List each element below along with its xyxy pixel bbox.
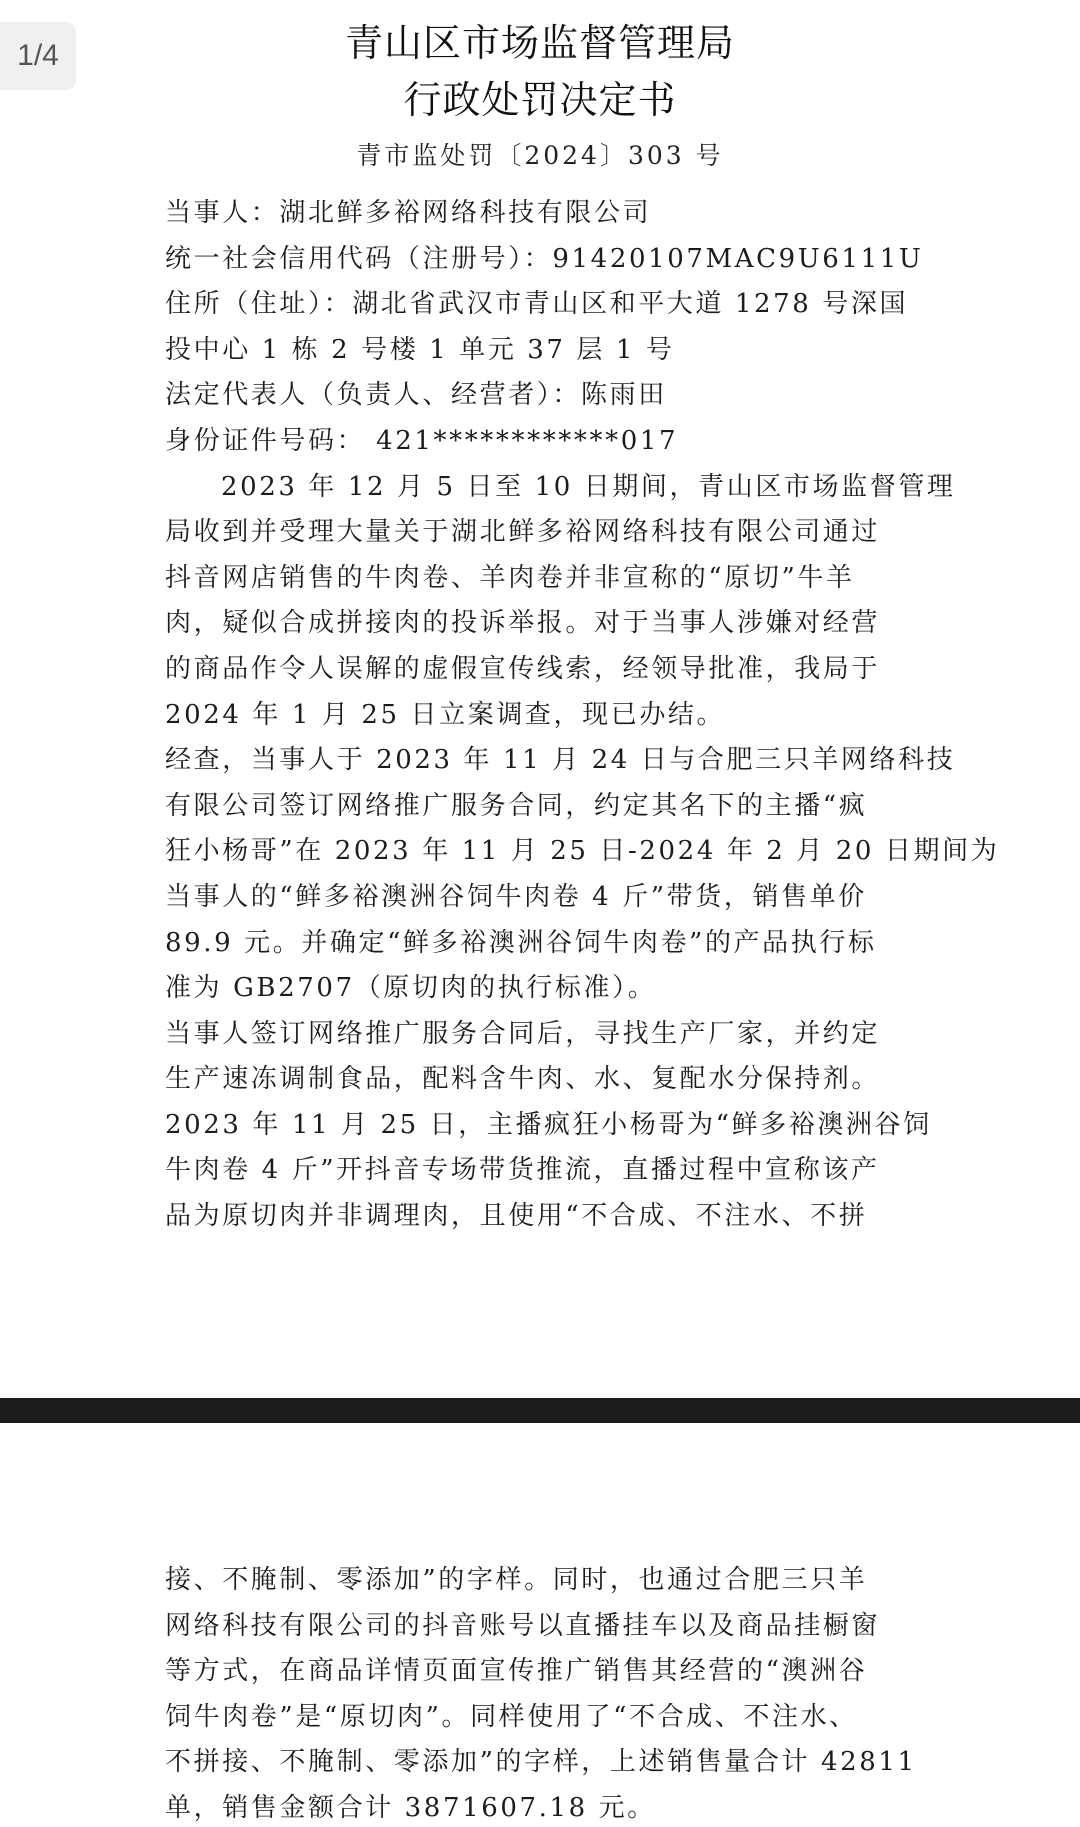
- paragraph-line: 不拼接、不腌制、零添加”的字样，上述销售量合计 42811: [165, 1740, 915, 1786]
- paragraph-line: 牛肉卷 4 斤”开抖音专场带货推流，直播过程中宣称该产: [165, 1148, 915, 1194]
- credit-code-line: 统一社会信用代码（注册号）：91420107MAC9U6111U: [165, 237, 915, 283]
- document-title-type: 行政处罚决定书: [0, 69, 1080, 124]
- party-name-line: 当事人：湖北鲜多裕网络科技有限公司: [165, 191, 915, 237]
- paragraph-line: 肉，疑似合成拼接肉的投诉举报。对于当事人涉嫌对经营: [165, 601, 915, 647]
- page-1-body: 当事人：湖北鲜多裕网络科技有限公司 统一社会信用代码（注册号）：91420107…: [165, 191, 915, 1240]
- paragraph-line: 经查，当事人于 2023 年 11 月 24 日与合肥三只羊网络科技: [165, 738, 915, 784]
- paragraph-line: 网络科技有限公司的抖音账号以直播挂车以及商品挂橱窗: [165, 1604, 915, 1650]
- paragraph-line: 的商品作令人误解的虚假宣传线索，经领导批准，我局于: [165, 647, 915, 693]
- paragraph-line: 当事人签订网络推广服务合同后，寻找生产厂家，并约定: [165, 1012, 915, 1058]
- paragraph-line: 局收到并受理大量关于湖北鲜多裕网络科技有限公司通过: [165, 510, 915, 556]
- paragraph-line: 单，销售金额合计 3871607.18 元。: [165, 1786, 915, 1827]
- paragraph-line: 狂小杨哥”在 2023 年 11 月 25 日-2024 年 2 月 20 日期…: [165, 829, 915, 875]
- page-2-body: 接、不腌制、零添加”的字样。同时，也通过合肥三只羊 网络科技有限公司的抖音账号以…: [165, 1558, 915, 1827]
- document-number: 青市监处罚〔2024〕303 号: [0, 136, 1080, 172]
- paragraph-line: 品为原切肉并非调理肉，且使用“不合成、不注水、不拼: [165, 1194, 915, 1240]
- paragraph-line: 当事人的“鲜多裕澳洲谷饲牛肉卷 4 斤”带货，销售单价: [165, 875, 915, 921]
- paragraph-line: 抖音网店销售的牛肉卷、羊肉卷并非宣称的“原切”牛羊: [165, 556, 915, 602]
- paragraph-line: 89.9 元。并确定“鲜多裕澳洲谷饲牛肉卷”的产品执行标: [165, 921, 915, 967]
- page-divider: [0, 1398, 1080, 1423]
- paragraph-line: 饲牛肉卷”是“原切肉”。同样使用了“不合成、不注水、: [165, 1695, 915, 1741]
- address-line-cont: 投中心 1 栋 2 号楼 1 单元 37 层 1 号: [165, 328, 915, 374]
- paragraph-line: 有限公司签订网络推广服务合同，约定其名下的主播“疯: [165, 784, 915, 830]
- id-number-line: 身份证件号码： 421************017: [165, 419, 915, 465]
- paragraph-line: 生产速冻调制食品，配料含牛肉、水、复配水分保持剂。: [165, 1057, 915, 1103]
- paragraph-line: 等方式，在商品详情页面宣传推广销售其经营的“澳洲谷: [165, 1649, 915, 1695]
- paragraph-line: 接、不腌制、零添加”的字样。同时，也通过合肥三只羊: [165, 1558, 915, 1604]
- legal-rep-line: 法定代表人（负责人、经营者）：陈雨田: [165, 373, 915, 419]
- paragraph-line: 2024 年 1 月 25 日立案调查，现已办结。: [165, 693, 915, 739]
- document-title-agency: 青山区市场监督管理局: [0, 12, 1080, 67]
- paragraph-line: 2023 年 12 月 5 日至 10 日期间，青山区市场监督管理: [165, 465, 915, 511]
- address-line: 住所（住址）：湖北省武汉市青山区和平大道 1278 号深国: [165, 282, 915, 328]
- paragraph-line: 准为 GB2707（原切肉的执行标准）。: [165, 966, 915, 1012]
- paragraph-line: 2023 年 11 月 25 日，主播疯狂小杨哥为“鲜多裕澳洲谷饲: [165, 1103, 915, 1149]
